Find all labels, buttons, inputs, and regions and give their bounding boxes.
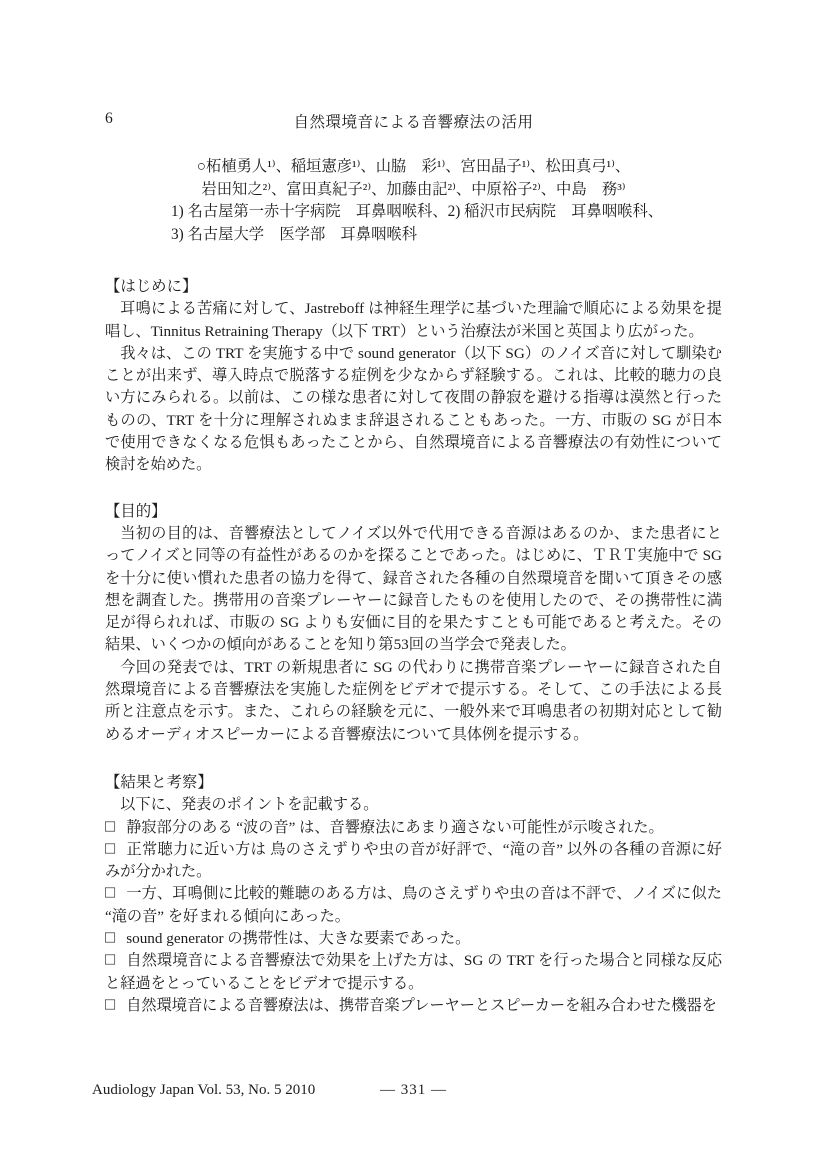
purpose-paragraph-2: 今回の発表では、TRT の新規患者に SG の代わりに携帯音楽プレーヤーに録音さ… <box>105 657 722 746</box>
section-results: 【結果と考察】 以下に、発表のポイントを記載する。 □静寂部分のある “波の音”… <box>105 772 722 1017</box>
affiliation-line-1: 1) 名古屋第一赤十字病院 耳鼻咽喉科、2) 稲沢市民病院 耳鼻咽喉科、 <box>171 201 722 224</box>
section-heading-purpose: 【目的】 <box>105 501 722 523</box>
result-item-1: □静寂部分のある “波の音” は、音響療法にあまり適さない可能性が示唆された。 <box>105 817 722 839</box>
checkbox-icon: □ <box>105 814 115 839</box>
checkbox-icon: □ <box>105 881 115 906</box>
section-purpose: 【目的】 当初の目的は、音響療法としてノイズ以外で代用できる音源はあるのか、また… <box>105 501 722 746</box>
document-page: 6 自然環境音による音響療法の活用 ○柘植勇人¹⁾、稲垣憲彦¹⁾、山脇 彩¹⁾、… <box>0 0 827 1170</box>
checkbox-icon: □ <box>105 993 115 1018</box>
result-item-text: 自然環境音による音響療法で効果を上げた方は、SG の TRT を行った場合と同様… <box>105 952 722 991</box>
section-heading-introduction: 【はじめに】 <box>105 276 722 298</box>
checkbox-icon: □ <box>105 837 115 862</box>
page-footer: Audiology Japan Vol. 53, No. 5 2010 — 33… <box>0 1082 827 1104</box>
section-heading-results: 【結果と考察】 <box>105 772 722 794</box>
author-line-2: 岩田知之²⁾、富田真紀子²⁾、加藤由記²⁾、中原裕子²⁾、中島 務³⁾ <box>105 179 722 202</box>
paper-title: 自然環境音による音響療法の活用 <box>105 110 722 132</box>
introduction-paragraph-1: 耳鳴による苦痛に対して、Jastreboff は神経生理学に基づいた理論で順応に… <box>105 298 722 343</box>
author-line-1: ○柘植勇人¹⁾、稲垣憲彦¹⁾、山脇 彩¹⁾、宮田晶子¹⁾、松田真弓¹⁾、 <box>105 156 722 179</box>
page-number: 6 <box>105 110 113 128</box>
result-item-text: 自然環境音による音響療法は、携帯音楽プレーヤーとスピーカーを組み合わせた機器を <box>126 997 717 1014</box>
author-block: ○柘植勇人¹⁾、稲垣憲彦¹⁾、山脇 彩¹⁾、宮田晶子¹⁾、松田真弓¹⁾、 岩田知… <box>105 156 722 246</box>
result-item-text: 正常聴力に近い方は 鳥のさえずりや虫の音が好評で、“滝の音” 以外の各種の音源に… <box>105 841 722 880</box>
checkbox-icon: □ <box>105 948 115 973</box>
result-item-3: □一方、耳鳴側に比較的難聴のある方は、鳥のさえずりや虫の音は不評で、ノイズに似た… <box>105 883 722 928</box>
result-item-5: □自然環境音による音響療法で効果を上げた方は、SG の TRT を行った場合と同… <box>105 950 722 995</box>
purpose-paragraph-1: 当初の目的は、音響療法としてノイズ以外で代用できる音源はあるのか、また患者にとっ… <box>105 523 722 657</box>
result-item-4: □sound generator の携帯性は、大きな要素であった。 <box>105 928 722 950</box>
result-item-text: 一方、耳鳴側に比較的難聴のある方は、鳥のさえずりや虫の音は不評で、ノイズに似た … <box>105 885 722 924</box>
result-item-text: 静寂部分のある “波の音” は、音響療法にあまり適さない可能性が示唆された。 <box>126 819 663 836</box>
result-item-2: □正常聴力に近い方は 鳥のさえずりや虫の音が好評で、“滝の音” 以外の各種の音源… <box>105 839 722 884</box>
introduction-paragraph-2: 我々は、この TRT を実施する中で sound generator（以下 SG… <box>105 343 722 477</box>
affiliation-line-2: 3) 名古屋大学 医学部 耳鼻咽喉科 <box>171 224 722 247</box>
result-item-text: sound generator の携帯性は、大きな要素であった。 <box>126 930 470 947</box>
page-content: 6 自然環境音による音響療法の活用 ○柘植勇人¹⁾、稲垣憲彦¹⁾、山脇 彩¹⁾、… <box>0 0 827 1017</box>
section-introduction: 【はじめに】 耳鳴による苦痛に対して、Jastreboff は神経生理学に基づい… <box>105 276 722 477</box>
journal-citation: Audiology Japan Vol. 53, No. 5 2010 <box>92 1082 315 1099</box>
result-item-6: □自然環境音による音響療法は、携帯音楽プレーヤーとスピーカーを組み合わせた機器を <box>105 995 722 1017</box>
page-header: 6 自然環境音による音響療法の活用 <box>105 110 722 132</box>
checkbox-icon: □ <box>105 926 115 951</box>
results-lead: 以下に、発表のポイントを記載する。 <box>105 794 722 816</box>
